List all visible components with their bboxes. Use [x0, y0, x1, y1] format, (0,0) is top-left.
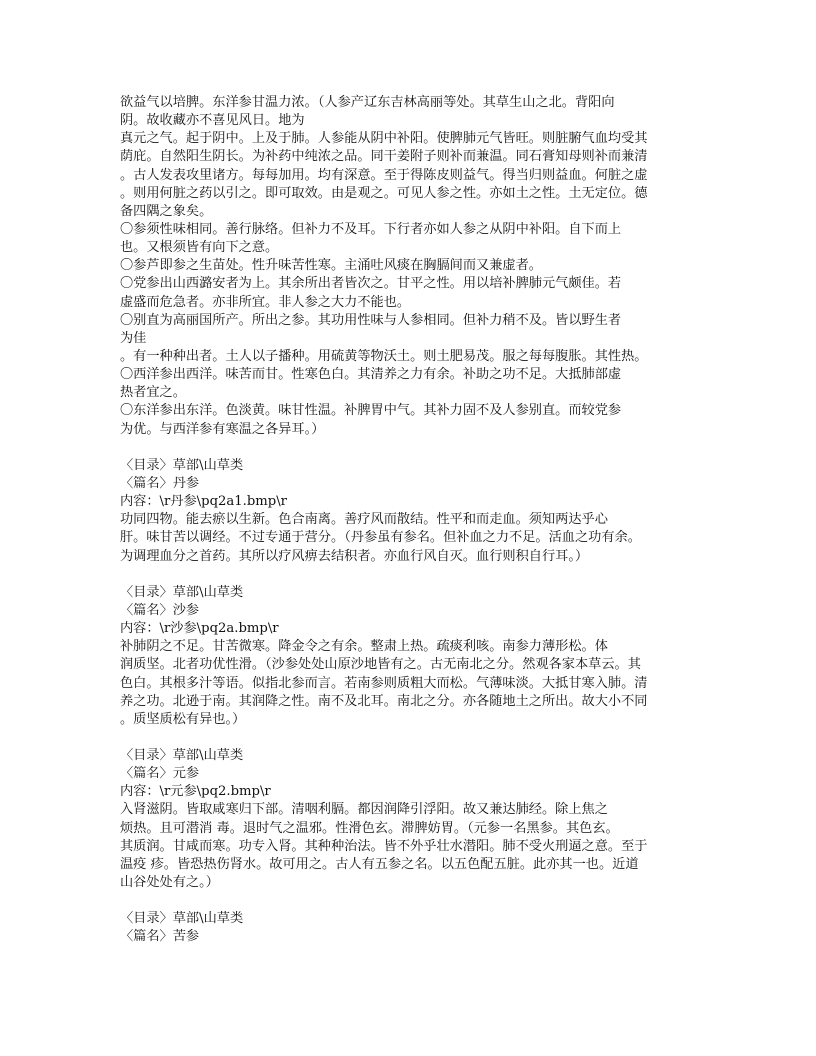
- text-line: 为优。与西洋参有寒温之各异耳。）: [120, 421, 690, 439]
- text-line: 荫庇。自然阳生阴长。为补药中纯浓之品。同干姜附子则补而兼温。同石膏知母则补而兼清: [120, 148, 690, 166]
- text-line: 山谷处处有之。）: [120, 874, 690, 892]
- text-line: 功同四物。能去瘀以生新。色合南离。善疗风而散结。性平和而走血。须知两达乎心: [120, 511, 690, 529]
- text-line: 肝。味甘苦以调经。不过专通于营分。（丹参虽有参名。但补血之力不足。活血之功有余。: [120, 529, 690, 547]
- section-catalog-line: 〈目录〉草部\山草类: [120, 457, 690, 475]
- text-line: 补肺阴之不足。甘苦微寒。降金令之有余。整肃上热。疏痰利咳。南参力薄形松。体: [120, 638, 690, 656]
- text-line: 〇党参出山西潞安者为上。其余所出者皆次之。甘平之性。用以培补脾肺元气颇佳。若: [120, 275, 690, 293]
- document-body: 欲益气以培脾。东洋参甘温力浓。（人参产辽东吉林高丽等处。其草生山之北。背阳向 阴…: [120, 94, 690, 947]
- text-line: 。则用何脏之药以引之。即可取效。由是观之。可见人参之性。亦如土之性。土无定位。德: [120, 185, 690, 203]
- blank-line: [120, 566, 690, 584]
- text-line: 养之功。北逊于南。其润降之性。南不及北耳。南北之分。亦各随地土之所出。故大小不同: [120, 693, 690, 711]
- text-line: 。有一种种出者。土人以子播种。用硫黄等物沃土。则土肥易茂。服之每每腹胀。其性热。: [120, 348, 690, 366]
- text-line: 备四隅之象矣。: [120, 203, 690, 221]
- section-title-line: 〈篇名〉沙参: [120, 602, 690, 620]
- section-title-line: 〈篇名〉苦参: [120, 928, 690, 946]
- text-line: 烦热。且可潜消 毒。退时气之温邪。性滑色玄。滞脾妨胃。（元参一名黑参。其色玄。: [120, 820, 690, 838]
- section-catalog-line: 〈目录〉草部\山草类: [120, 584, 690, 602]
- text-line: 。质坚质松有异也。）: [120, 711, 690, 729]
- text-line: 〇参须性味相同。善行脉络。但补力不及耳。下行者亦如人参之从阴中补阳。自下而上: [120, 221, 690, 239]
- text-line: 欲益气以培脾。东洋参甘温力浓。（人参产辽东吉林高丽等处。其草生山之北。背阳向: [120, 94, 690, 112]
- blank-line: [120, 729, 690, 747]
- text-line: 虚盛而危急者。亦非所宜。非人参之大力不能也。: [120, 294, 690, 312]
- section-catalog-line: 〈目录〉草部\山草类: [120, 747, 690, 765]
- text-line: 色白。其根多汁等语。似指北参而言。若南参则质粗大而松。气薄味淡。大抵甘寒入肺。清: [120, 675, 690, 693]
- document-page: 欲益气以培脾。东洋参甘温力浓。（人参产辽东吉林高丽等处。其草生山之北。背阳向 阴…: [0, 0, 816, 1056]
- section-catalog-line: 〈目录〉草部\山草类: [120, 910, 690, 928]
- text-line: 也。又根须皆有向下之意。: [120, 239, 690, 257]
- text-line: 入肾滋阴。皆取咸寒归下部。清咽利膈。都因润降引浮阳。故又兼达肺经。除上焦之: [120, 801, 690, 819]
- text-line: 温疫 疹。皆恐热伤肾水。故可用之。古人有五参之名。以五色配五脏。此亦其一也。近道: [120, 856, 690, 874]
- text-line: 〇别直为高丽国所产。所出之参。其功用性味与人参相同。但补力稍不及。皆以野生者: [120, 312, 690, 330]
- section-content-line: 内容：\r元参\pq2.bmp\r: [120, 783, 690, 801]
- text-line: 润质坚。北者功优性滑。（沙参处处山原沙地皆有之。古无南北之分。然观各家本草云。其: [120, 656, 690, 674]
- text-line: 其质润。甘咸而寒。功专入肾。其种种治法。皆不外乎壮水潜阳。肺不受火刑逼之意。至于: [120, 838, 690, 856]
- text-line: 〇参芦即参之生苗处。性升味苦性寒。主涌吐风痰在胸膈间而又兼虚者。: [120, 257, 690, 275]
- blank-line: [120, 439, 690, 457]
- text-line: 〇东洋参出东洋。色淡黄。味甘性温。补脾胃中气。其补力固不及人参别直。而较党参: [120, 402, 690, 420]
- text-line: 阴。故收藏亦不喜见风日。地为: [120, 112, 690, 130]
- text-line: 。古人发表攻里诸方。每每加用。均有深意。至于得陈皮则益气。得当归则益血。何脏之虚: [120, 167, 690, 185]
- blank-line: [120, 892, 690, 910]
- text-line: 真元之气。起于阴中。上及于肺。人参能从阴中补阳。使脾肺元气皆旺。则脏腑气血均受其: [120, 130, 690, 148]
- text-line: 为佳: [120, 330, 690, 348]
- section-title-line: 〈篇名〉丹参: [120, 475, 690, 493]
- text-line: 〇西洋参出西洋。味苦而甘。性寒色白。其清养之力有余。补助之功不足。大抵肺部虚: [120, 366, 690, 384]
- text-line: 为调理血分之首药。其所以疗风痹去结积者。亦血行风自灭。血行则积自行耳。）: [120, 548, 690, 566]
- section-content-line: 内容：\r沙参\pq2a.bmp\r: [120, 620, 690, 638]
- text-line: 热者宜之。: [120, 384, 690, 402]
- section-title-line: 〈篇名〉元参: [120, 765, 690, 783]
- section-content-line: 内容：\r丹参\pq2a1.bmp\r: [120, 493, 690, 511]
